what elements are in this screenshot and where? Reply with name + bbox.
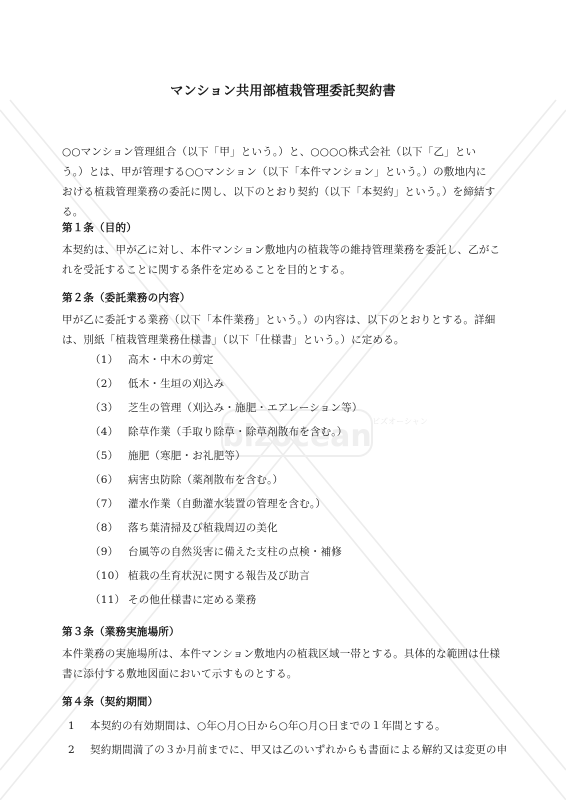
article-line: 書に添付する敷地図面において示すものとする。	[62, 664, 504, 684]
document-title: マンション共用部植栽管理委託契約書	[62, 80, 504, 99]
clause-item: 1本契約の有効期間は、○年○月○日から○年○月○日までの１年間とする。	[68, 718, 446, 733]
list-item: （6）病害虫防除（薬剤散布を含む。）	[90, 472, 283, 487]
article-4-heading: 第４条（契約期間）	[62, 694, 158, 709]
watermark-brand-kana: ビズオーシャン	[372, 417, 428, 426]
preamble-line: ○○マンション管理組合（以下「甲」という。）と、○○○○株式会社（以下「乙」とい	[62, 142, 504, 162]
article-1-body: 本契約は、甲が乙に対し、本件マンション敷地内の植栽等の維持管理業務を委託し、乙が…	[62, 240, 504, 280]
article-line: 甲が乙に委託する業務（以下「本件業務」という。）の内容は、以下のとおりとする。詳…	[62, 310, 504, 330]
article-line: は、別紙「植栽管理業務仕様書」（以下「仕様書」という。）に定める。	[62, 330, 504, 350]
list-item: （4）除草作業（手取り除草・除草剤散布を含む。）	[90, 424, 347, 439]
article-3-heading: 第３条（業務実施場所）	[62, 624, 180, 639]
preamble-line: おける植栽管理業務の委託に関し、以下のとおり契約（以下「本契約」という。）を締結…	[62, 182, 504, 202]
list-item: （8）落ち葉清掃及び植栽周辺の美化	[90, 520, 278, 535]
list-item: （5）施肥（寒肥・お礼肥等）	[90, 448, 246, 463]
preamble-line: う。）とは、甲が管理する○○マンション（以下「本件マンション」という。）の敷地内…	[62, 162, 504, 182]
document-page: bizocean ビズオーシャン マンション共用部植栽管理委託契約書 ○○マンシ…	[0, 0, 566, 800]
clause-item: 2契約期間満了の３か月前までに、甲又は乙のいずれからも書面による解約又は変更の申	[68, 742, 507, 757]
preamble: ○○マンション管理組合（以下「甲」という。）と、○○○○株式会社（以下「乙」とい…	[62, 142, 504, 222]
article-3-body: 本件業務の実施場所は、本件マンション敷地内の植栽区域一帯とする。具体的な範囲は仕…	[62, 644, 504, 684]
article-2-heading: 第２条（委託業務の内容）	[62, 290, 190, 305]
article-line: れを受託することに関する条件を定めることを目的とする。	[62, 260, 504, 280]
list-item: （10）植栽の生育状況に関する報告及び助言	[90, 568, 310, 583]
article-1-heading: 第１条（目的）	[62, 220, 137, 235]
list-item: （1）高木・中木の剪定	[90, 352, 214, 367]
preamble-line: る。	[62, 202, 504, 222]
list-item: （3）芝生の管理（刈込み・施肥・エアレーション等）	[90, 400, 363, 415]
article-line: 本契約は、甲が乙に対し、本件マンション敷地内の植栽等の維持管理業務を委託し、乙が…	[62, 240, 504, 260]
list-item: （9）台風等の自然災害に備えた支柱の点検・補修	[90, 544, 342, 559]
list-item: （2）低木・生垣の刈込み	[90, 376, 224, 391]
list-item: （11）その他仕様書に定める業務	[90, 592, 256, 607]
article-2-body: 甲が乙に委託する業務（以下「本件業務」という。）の内容は、以下のとおりとする。詳…	[62, 310, 504, 350]
list-item: （7）灌水作業（自動灌水装置の管理を含む。）	[90, 496, 326, 511]
article-line: 本件業務の実施場所は、本件マンション敷地内の植栽区域一帯とする。具体的な範囲は仕…	[62, 644, 504, 664]
